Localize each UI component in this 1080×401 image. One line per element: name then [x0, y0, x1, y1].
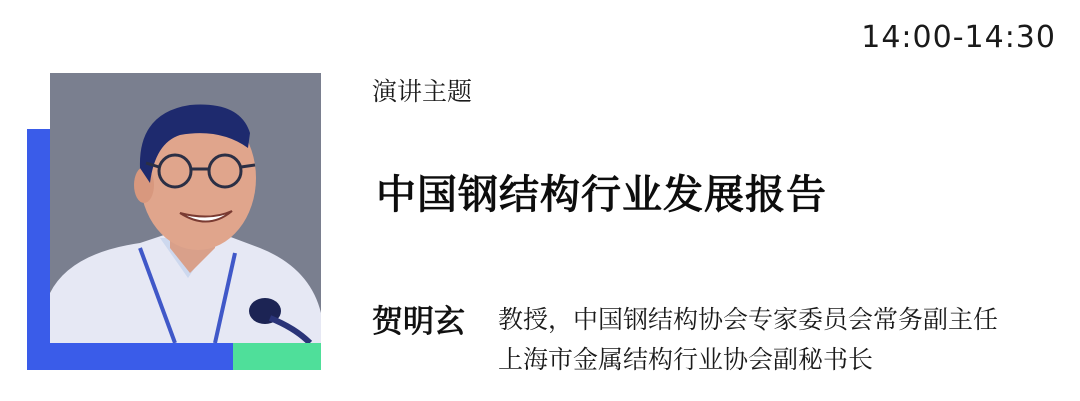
speaker-role-line: 上海市金属结构行业协会副秘书长	[498, 340, 998, 380]
speaker-portrait-illustration	[50, 73, 321, 343]
accent-bar-blue-vertical	[27, 129, 50, 370]
speaker-photo	[50, 73, 321, 343]
speaker-name: 贺明玄	[372, 296, 465, 341]
session-time: 14:00-14:30	[861, 20, 1056, 55]
speaker-roles: 教授，中国钢结构协会专家委员会常务副主任 上海市金属结构行业协会副秘书长	[498, 300, 998, 380]
accent-block-green	[233, 343, 321, 370]
speaker-role-line: 教授，中国钢结构协会专家委员会常务副主任	[498, 300, 998, 340]
accent-bar-blue-bottom	[27, 343, 233, 370]
talk-title: 中国钢结构行业发展报告	[376, 163, 827, 220]
topic-label: 演讲主题	[372, 72, 472, 108]
